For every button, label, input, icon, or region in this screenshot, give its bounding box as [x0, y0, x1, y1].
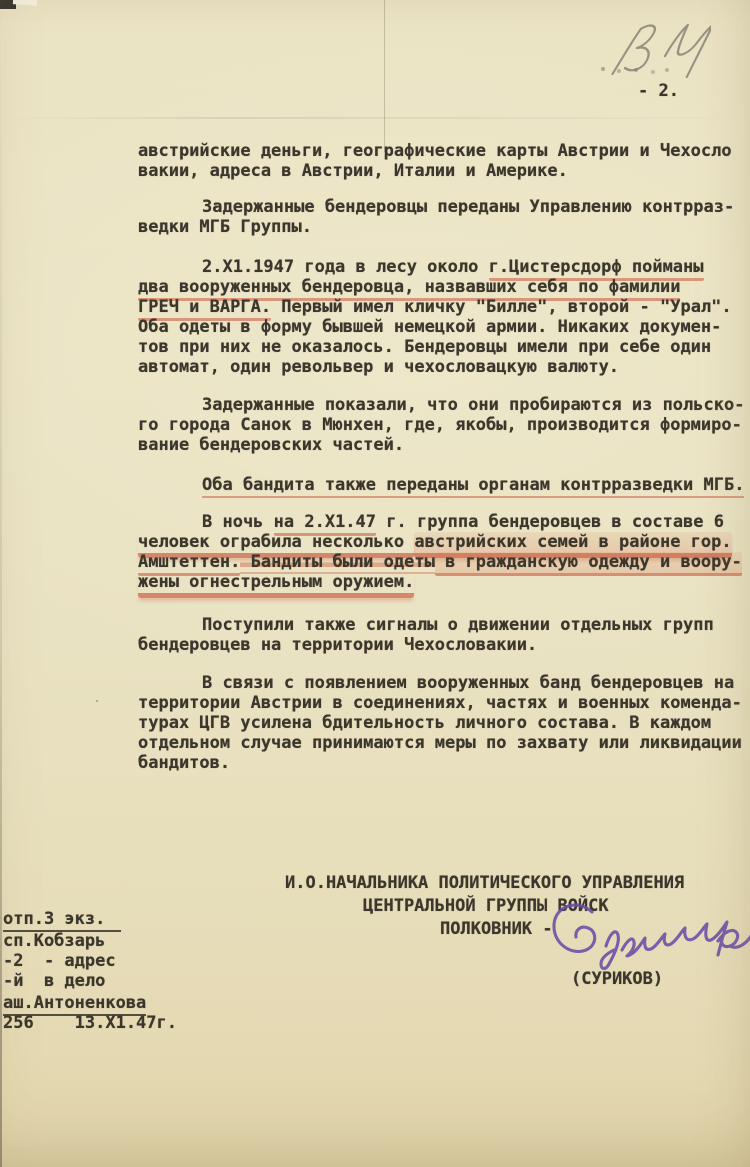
text-line: отдельном случае принимаются меры по зах…	[138, 733, 744, 753]
text-line: -2 - адрес	[3, 951, 177, 971]
red-underlined-text: жены огнестрельным оружием.	[138, 572, 414, 598]
document-body: австрийские деньги, географические карты…	[138, 141, 744, 773]
text-line: территории Австрии в соединениях, частях…	[138, 693, 744, 713]
scan-edge-shadow	[0, 0, 2, 1167]
red-underlined-text: в гражданскую одежду и воору-	[435, 552, 742, 576]
text-line: В ночь на 2.Х1.47 г. группа бендеровцев …	[138, 512, 744, 532]
text-line: ведки МГБ Группы.	[138, 217, 744, 237]
text-run: В ночь	[202, 512, 274, 532]
text-line: бендеровцев на территории Чехословакии.	[138, 635, 744, 655]
paragraph-7: Поступили также сигналы о движении отдел…	[138, 615, 744, 655]
underlined-text: отп.3 экз.	[3, 909, 121, 932]
red-struck-text: Бандиты были одеты	[240, 552, 434, 574]
text-line: -й в дело	[3, 971, 177, 991]
text-line: австрийские деньги, географические карты…	[138, 141, 744, 161]
paragraph-4: Задержанные показали, что они пробираютс…	[138, 395, 744, 455]
text-run: г. группа бендеровцев в составе 6	[376, 512, 724, 532]
paragraph-3: 2.Х1.1947 года в лесу около г.Цистерсдор…	[138, 257, 744, 377]
paragraph-6: В ночь на 2.Х1.47 г. группа бендеровцев …	[138, 512, 744, 592]
paper-crease	[0, 117, 750, 119]
text-line: Задержанные бендеровцы переданы Управлен…	[138, 197, 744, 217]
text-line: два вооруженных бендеровца, назвавших се…	[138, 277, 744, 297]
text-line: Оба бандита также переданы органам контр…	[138, 475, 744, 495]
paper-speck	[96, 700, 98, 702]
document-page: - 2. австрийские деньги, географические …	[0, 0, 750, 1167]
handwritten-page-number	[606, 20, 711, 84]
text-line: вание бендеровских частей.	[138, 435, 744, 455]
text-line: 2.Х1.1947 года в лесу около г.Цистерсдор…	[138, 257, 744, 277]
paragraph-1: австрийские деньги, географические карты…	[138, 141, 744, 181]
signatory-title-line: И.О.НАЧАЛЬНИКА ПОЛИТИЧЕСКОГО УПРАВЛЕНИЯ	[285, 872, 684, 895]
signatory-name: (СУРИКОВ)	[571, 969, 663, 989]
text-line: Оба одеты в форму бывшей немецкой армии.…	[138, 317, 744, 337]
text-line: аш.Антоненкова	[3, 993, 177, 1013]
text-line: бандитов.	[138, 753, 744, 773]
red-underlined-text: Оба бандита также переданы органам контр…	[202, 475, 744, 498]
paragraph-5: Оба бандита также переданы органам контр…	[138, 475, 744, 495]
paragraph-8: В связи с появлением вооруженных банд бе…	[138, 673, 744, 773]
text-line: вакии, адреса в Австрии, Италии и Америк…	[138, 161, 744, 181]
pencil-dots	[601, 67, 605, 71]
text-line: тов при них не оказалось. Бендеровцы име…	[138, 337, 744, 357]
text-line: сп.Кобзарь	[3, 931, 177, 951]
text-line: Поступили также сигналы о движении отдел…	[138, 615, 744, 635]
scan-corner-artifact	[13, 0, 37, 6]
text-line: В связи с появлением вооруженных банд бе…	[138, 673, 744, 693]
paragraph-2: Задержанные бендеровцы переданы Управлен…	[138, 197, 744, 237]
text-line: отп.3 экз.	[3, 909, 177, 929]
text-line: автомат, один револьвер и чехословацкую …	[138, 357, 744, 377]
text-line: 256 13.Х1.47г.	[3, 1013, 177, 1033]
text-line: Амштеттен. Бандиты были одеты в гражданс…	[138, 552, 744, 572]
paper-crease	[384, 0, 385, 152]
clerical-footer-block: отп.3 экз. сп.Кобзарь -2 - адрес -й в де…	[3, 909, 177, 1033]
text-run: 2.Х1.1947 года в лесу около	[202, 257, 489, 277]
text-line: человек ограбила несколько австрийских с…	[138, 532, 744, 552]
page-number: - 2.	[638, 81, 679, 101]
text-line: го города Санок в Мюнхен, где, якобы, пр…	[138, 415, 744, 435]
text-line: турах ЦГВ усилена бдительность личного с…	[138, 713, 744, 733]
text-line: Задержанные показали, что они пробираютс…	[138, 395, 744, 415]
text-line: ГРЕЧ и ВАРГА. Первый имел кличку "Билле"…	[138, 297, 744, 317]
text-run: Первый имел кличку "Билле", второй - "Ур…	[271, 297, 732, 317]
